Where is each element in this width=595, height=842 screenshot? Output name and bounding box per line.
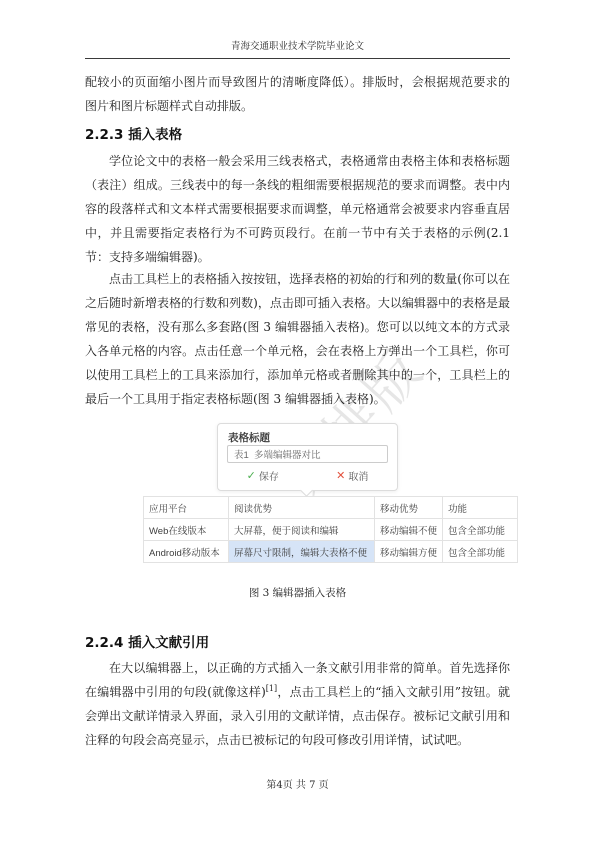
paragraph-insert-table: 点击工具栏上的表格插入按按钮，选择表格的初始的行和列的数量(你可以在之后随时新增…	[85, 267, 510, 411]
table-title-label: 表格标题	[228, 430, 270, 445]
table-header-row: 应用平台 阅读优势 移动优势 功能	[144, 497, 518, 519]
section-heading-2-2-3: 2.2.3 插入表格	[85, 123, 510, 143]
footer-page-number: 第4页 共 7 页	[85, 776, 510, 791]
table-header-cell: 应用平台	[144, 497, 229, 519]
header-title: 青海交通职业技术学院毕业论文	[231, 41, 364, 52]
close-icon: ✕	[336, 469, 345, 482]
save-button[interactable]: ✓ 保存	[247, 468, 279, 483]
table-cell: Web在线版本	[144, 519, 229, 541]
figure-caption: 图 3 编辑器插入表格	[85, 585, 510, 600]
table-cell: 包含全部功能	[443, 541, 518, 563]
paragraph-table-style: 学位论文中的表格一般会采用三线表格式，表格通常由表格主体和表格标题（表注）组成。…	[85, 149, 510, 269]
table-row: Android移动版本 屏幕尺寸限制，编辑大表格不便 移动编辑方便 包含全部功能	[144, 541, 518, 563]
table-cell: 移动编辑方便	[375, 541, 443, 563]
section-heading-2-2-4: 2.2.4 插入文献引用	[85, 631, 510, 651]
comparison-table: 应用平台 阅读优势 移动优势 功能 Web在线版本 大屏幕，便于阅读和编辑 移动…	[143, 496, 518, 563]
check-icon: ✓	[247, 469, 256, 482]
table-cell: 大屏幕，便于阅读和编辑	[229, 519, 375, 541]
table-header-cell: 阅读优势	[229, 497, 375, 519]
table-cell: 包含全部功能	[443, 519, 518, 541]
cancel-button[interactable]: ✕ 取消	[336, 468, 368, 483]
table-title-input[interactable]	[227, 445, 388, 463]
table-cell: 移动编辑不便	[375, 519, 443, 541]
table-header-cell: 移动优势	[375, 497, 443, 519]
table-cell-selected: 屏幕尺寸限制，编辑大表格不便	[229, 541, 375, 563]
save-label: 保存	[259, 468, 279, 483]
cancel-label: 取消	[348, 468, 368, 483]
table-title-popup: 表格标题 ✓ 保存 ✕ 取消	[217, 423, 398, 491]
table-row: Web在线版本 大屏幕，便于阅读和编辑 移动编辑不便 包含全部功能	[144, 519, 518, 541]
table-cell: Android移动版本	[144, 541, 229, 563]
document-page: 大排版 青海交通职业技术学院毕业论文 配较小的页面缩小图片而导致图片的清晰度降低…	[0, 0, 595, 842]
paragraph-figure-note: 配较小的页面缩小图片而导致图片的清晰度降低）。排版时，会根据规范要求的图片和图片…	[85, 70, 510, 118]
popup-actions: ✓ 保存 ✕ 取消	[218, 468, 397, 483]
citation-superscript: [1]	[266, 684, 277, 693]
paragraph-citation: 在大以编辑器上，以正确的方式插入一条文献引用非常的简单。首先选择你在编辑器中引用…	[85, 656, 510, 752]
page-header: 青海交通职业技术学院毕业论文	[85, 38, 510, 59]
table-header-cell: 功能	[443, 497, 518, 519]
